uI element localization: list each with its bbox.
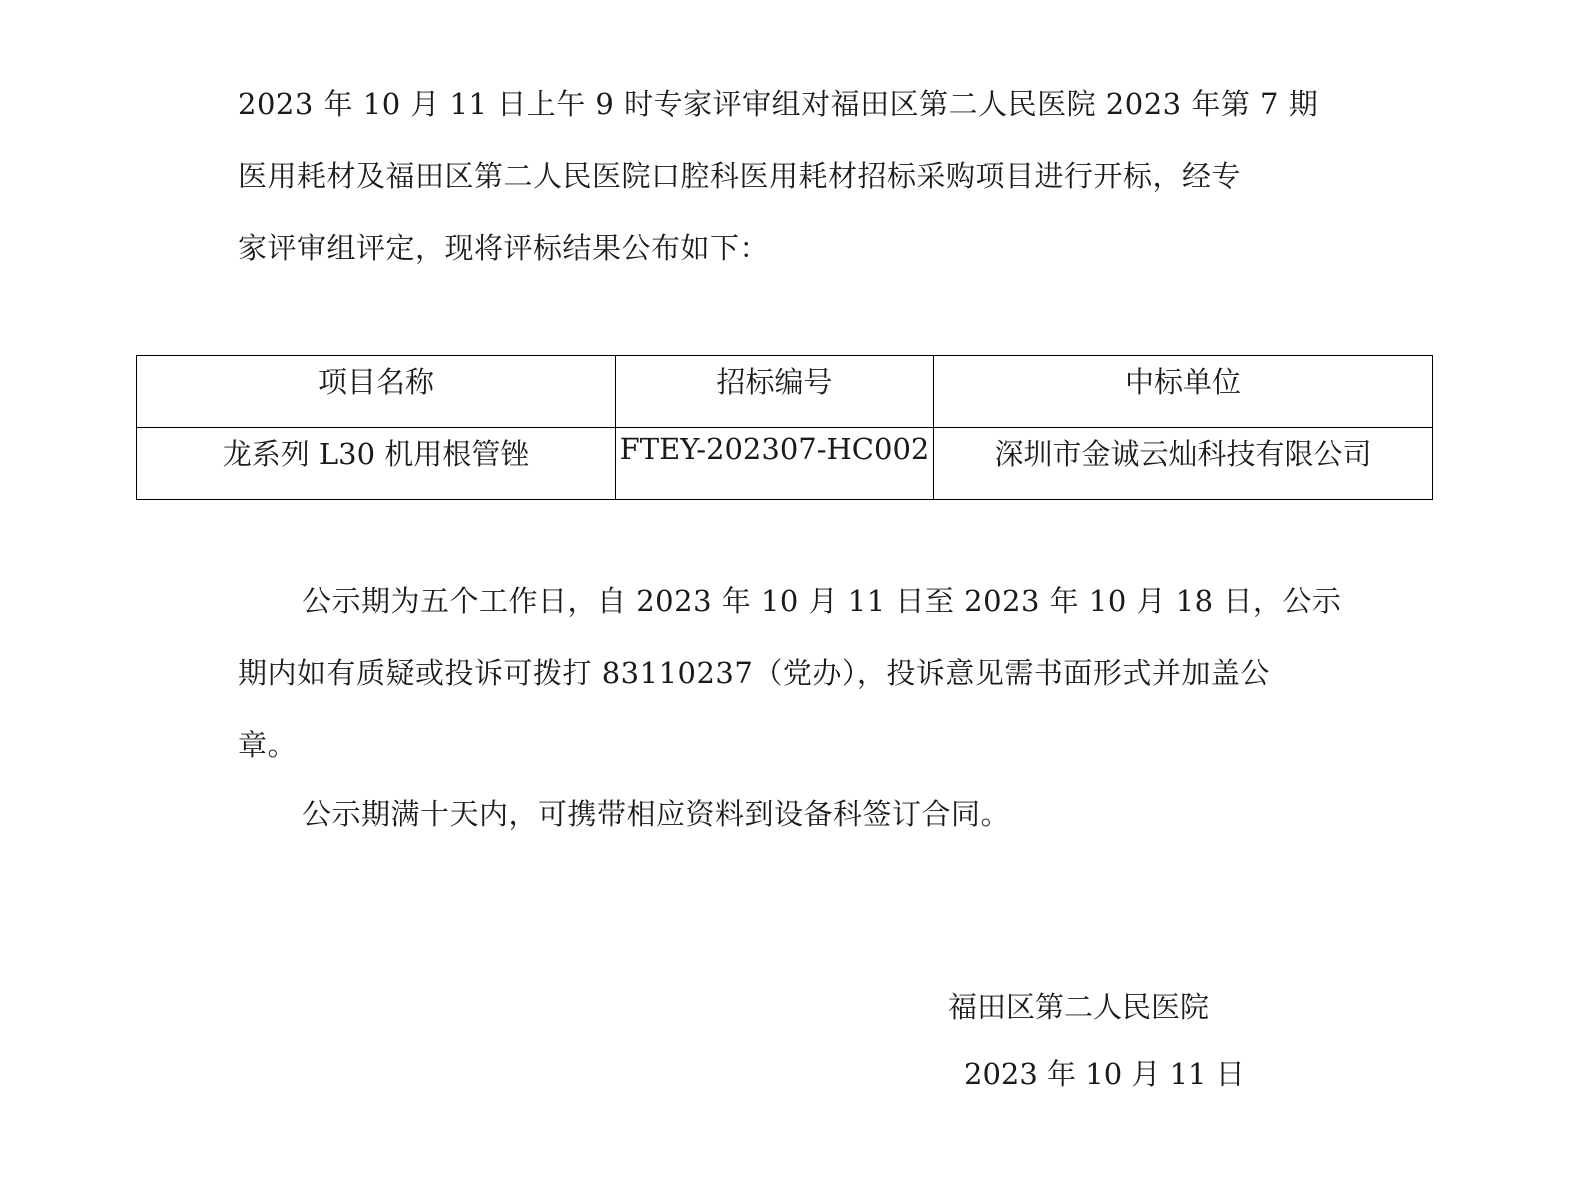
signature-organization: 福田区第二人民医院 xyxy=(948,985,1209,1026)
cell-project-name: 龙系列 L30 机用根管锉 xyxy=(137,428,616,500)
header-tender-number: 招标编号 xyxy=(616,356,934,428)
table-row: 龙系列 L30 机用根管锉 FTEY-202307-HC002 深圳市金诚云灿科… xyxy=(137,428,1433,500)
notice-line-3: 章。 xyxy=(238,709,1328,781)
notice-paragraph: 公示期为五个工作日，自 2023 年 10 月 11 日至 2023 年 10 … xyxy=(238,565,1328,781)
intro-paragraph: 2023 年 10 月 11 日上午 9 时专家评审组对福田区第二人民医院 20… xyxy=(238,68,1328,284)
contract-text: 公示期满十天内，可携带相应资料到设备科签订合同。 xyxy=(238,778,1328,850)
bid-result-table: 项目名称 招标编号 中标单位 龙系列 L30 机用根管锉 FTEY-202307… xyxy=(136,355,1433,500)
header-winning-bidder: 中标单位 xyxy=(934,356,1433,428)
signature-date: 2023 年 10 月 11 日 xyxy=(964,1052,1245,1093)
notice-line-2: 期内如有质疑或投诉可拨打 83110237（党办），投诉意见需书面形式并加盖公 xyxy=(238,637,1328,709)
cell-winning-bidder: 深圳市金诚云灿科技有限公司 xyxy=(934,428,1433,500)
table-header-row: 项目名称 招标编号 中标单位 xyxy=(137,356,1433,428)
intro-line-2: 医用耗材及福田区第二人民医院口腔科医用耗材招标采购项目进行开标，经专 xyxy=(238,140,1328,212)
intro-line-1: 2023 年 10 月 11 日上午 9 时专家评审组对福田区第二人民医院 20… xyxy=(238,68,1328,140)
cell-tender-number: FTEY-202307-HC002 xyxy=(616,428,934,500)
contract-paragraph: 公示期满十天内，可携带相应资料到设备科签订合同。 xyxy=(238,778,1328,850)
header-project-name: 项目名称 xyxy=(137,356,616,428)
intro-line-3: 家评审组评定，现将评标结果公布如下： xyxy=(238,212,1328,284)
notice-line-1: 公示期为五个工作日，自 2023 年 10 月 11 日至 2023 年 10 … xyxy=(238,565,1328,637)
